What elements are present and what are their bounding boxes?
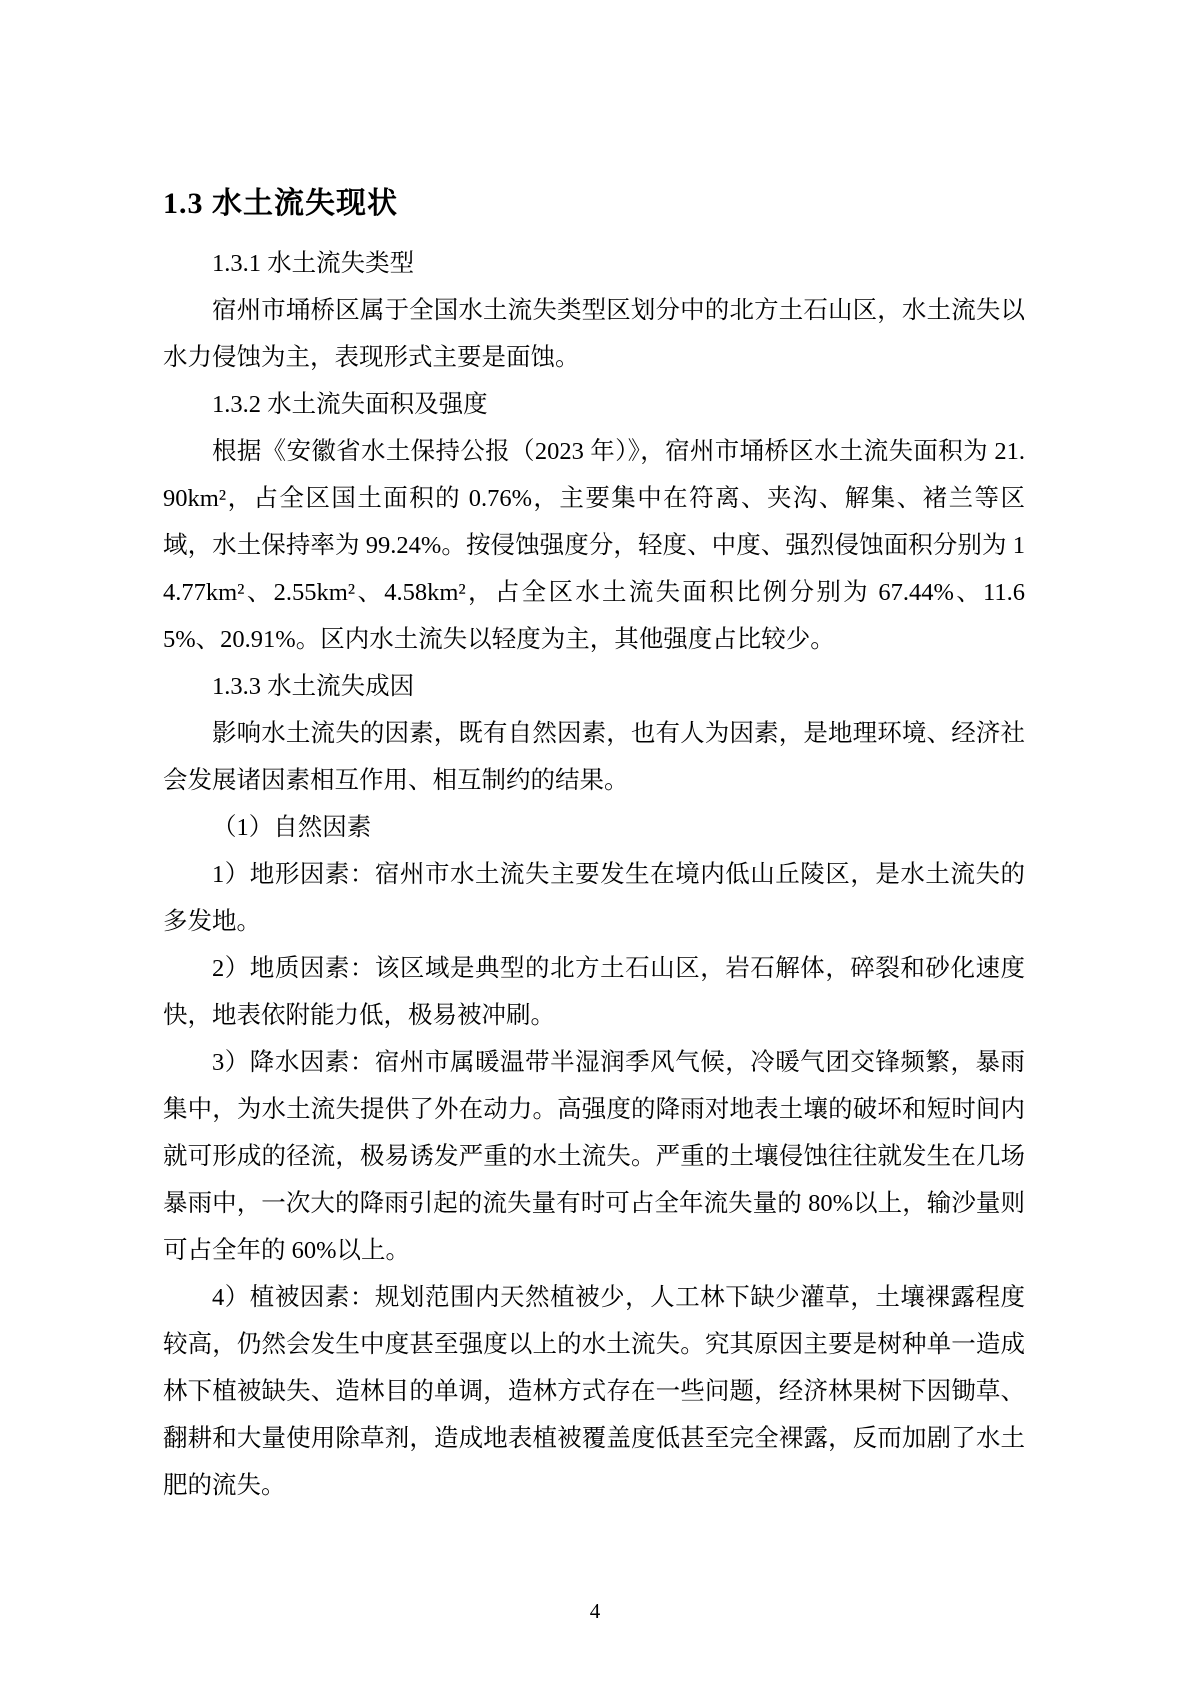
subsection-heading-1-3-1: 1.3.1 水土流失类型 — [163, 240, 1025, 287]
paragraph-vegetation-factor: 4）植被因素：规划范围内天然植被少，人工林下缺少灌草，土壤裸露程度较高，仍然会发… — [163, 1274, 1025, 1509]
paragraph-terrain-factor: 1）地形因素：宿州市水土流失主要发生在境内低山丘陵区，是水土流失的多发地。 — [163, 851, 1025, 945]
document-body: 1.3 水土流失现状 1.3.1 水土流失类型 宿州市埇桥区属于全国水土流失类型… — [163, 182, 1025, 1509]
paragraph-erosion-causes-intro: 影响水土流失的因素，既有自然因素，也有人为因素，是地理环境、经济社会发展诸因素相… — [163, 710, 1025, 804]
document-page: 1.3 水土流失现状 1.3.1 水土流失类型 宿州市埇桥区属于全国水土流失类型… — [0, 0, 1190, 1683]
subsection-heading-1-3-3: 1.3.3 水土流失成因 — [163, 663, 1025, 710]
section-heading: 1.3 水土流失现状 — [163, 182, 1025, 226]
paragraph-erosion-type: 宿州市埇桥区属于全国水土流失类型区划分中的北方土石山区，水土流失以水力侵蚀为主，… — [163, 287, 1025, 381]
subsection-heading-1-3-2: 1.3.2 水土流失面积及强度 — [163, 381, 1025, 428]
paragraph-geology-factor: 2）地质因素：该区域是典型的北方土石山区，岩石解体，碎裂和砂化速度快，地表依附能… — [163, 945, 1025, 1039]
list-heading-natural-factors: （1）自然因素 — [163, 804, 1025, 851]
paragraph-erosion-area-intensity: 根据《安徽省水土保持公报（2023 年）》，宿州市埇桥区水土流失面积为 21.9… — [163, 428, 1025, 663]
page-number: 4 — [0, 1598, 1190, 1624]
paragraph-precipitation-factor: 3）降水因素：宿州市属暖温带半湿润季风气候，冷暖气团交锋频繁，暴雨集中，为水土流… — [163, 1039, 1025, 1274]
